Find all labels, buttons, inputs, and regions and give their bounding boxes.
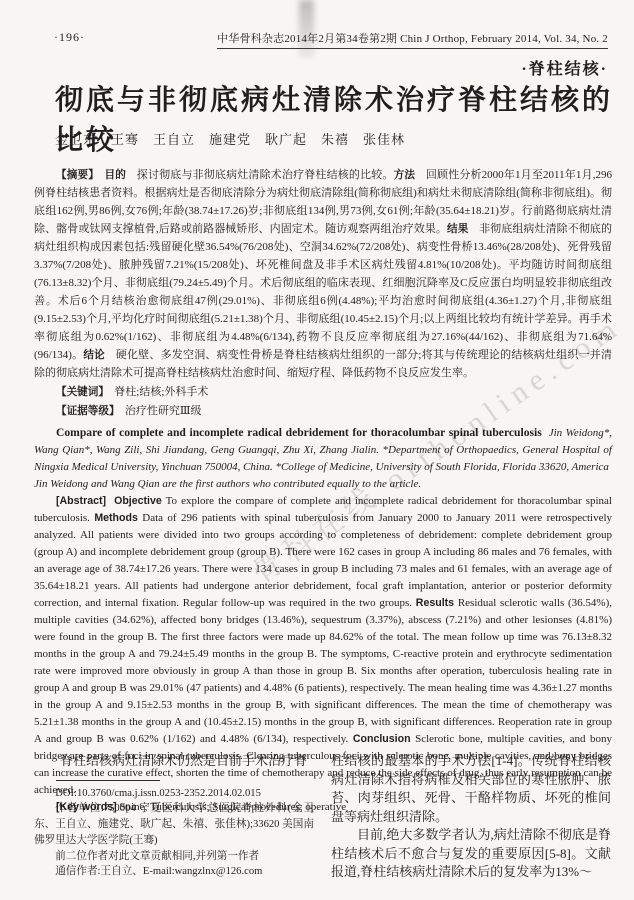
page-number: ·196· [54, 30, 85, 45]
evidence-text: 治疗性研究Ⅲ级 [125, 405, 202, 417]
conclusion-label: 结论 [83, 349, 115, 361]
methods-label: 方法 [394, 169, 426, 181]
results-text: 非彻底组病灶清除不彻底的病灶组织构成因素包括:残留硬化壁36.54%(76/20… [34, 223, 612, 361]
english-title: Compare of complete and incomplete radic… [56, 426, 542, 439]
keywords-line: 【关键词】 脊柱;结核;外科手术 [34, 383, 612, 401]
scanned-journal-page: 骨科在线 orthonline.com ·196· 中华骨科杂志2014年2月第… [0, 0, 634, 900]
body-text-right-para2: 目前,绝大多数学者认为,病灶清除不彻底是脊柱结核术后不愈合与复发的重要原因[5-… [331, 826, 611, 882]
section-label: ·脊柱结核· [521, 56, 608, 79]
results-label: 结果 [447, 223, 479, 235]
evidence-label: 【证据等级】 [56, 405, 125, 417]
evidence-level-line: 【证据等级】 治疗性研究Ⅲ级 [34, 402, 612, 420]
equal-contribution-note: Jin Weidong and Wang Qian are the first … [34, 476, 612, 493]
en-conclusion-label: Conclusion [353, 733, 411, 745]
footnote-divider [56, 780, 160, 781]
affiliation-line: 作者单位:750004 宁夏医科大学总医院脊柱外科(金卫东、王自立、施建党、耿广… [34, 801, 314, 848]
body-columns: 脊柱结核病灶清除术仍然是目前手术治疗脊 DOI:10.3760/cma.j.is… [34, 752, 612, 882]
left-column: 脊柱结核病灶清除术仍然是目前手术治疗脊 DOI:10.3760/cma.j.is… [34, 752, 314, 882]
objective-label: 目的 [105, 169, 137, 181]
chinese-abstract-paragraph: 【摘要】 目的 探讨彻底与非彻底病灶清除术治疗脊柱结核的比较。方法 回顾性分析2… [34, 166, 612, 382]
en-results-label: Results [416, 597, 454, 609]
body-text-right-para1: 柱结核的最基本的手术方法[1-4]。传统脊柱结核病灶清除术指将病椎及相关部位的寒… [331, 752, 611, 826]
english-title-line: Compare of complete and incomplete radic… [34, 424, 612, 476]
en-abstract-label: [Abstract] [56, 495, 106, 507]
contribution-line: 前二位作者对此文章贡献相同,并列第一作者 [34, 849, 314, 865]
en-methods-label: Methods [94, 512, 138, 524]
conclusion-text: 硬化壁、多发空洞、病变性骨桥是脊柱结核病灶组织的一部分;将其与传统理论的结核病灶… [34, 349, 612, 379]
journal-header: 中华骨科杂志2014年2月第34卷第2期 Chin J Orthop, Febr… [217, 30, 608, 49]
right-column: 柱结核的最基本的手术方法[1-4]。传统脊柱结核病灶清除术指将病椎及相关部位的寒… [331, 752, 611, 882]
keywords-label: 【关键词】 [56, 386, 114, 398]
abstract-label: 【摘要】 [56, 169, 105, 181]
doi-line: DOI:10.3760/cma.j.issn.0253-2352.2014.02… [34, 786, 314, 802]
en-methods-text: Data of 296 patients with spinal tubercu… [34, 512, 612, 609]
objective-text: 探讨彻底与非彻底病灶清除术治疗脊柱结核的比较。 [137, 169, 394, 181]
body-text-left: 脊柱结核病灶清除术仍然是目前手术治疗脊 [34, 752, 314, 771]
scan-artifact-streak [299, 0, 314, 58]
chinese-abstract: 【摘要】 目的 探讨彻底与非彻底病灶清除术治疗脊柱结核的比较。方法 回顾性分析2… [34, 166, 612, 420]
en-objective-label: Objective [114, 495, 162, 507]
en-results-text: Residual sclerotic walls (36.54%), multi… [34, 597, 612, 745]
footnote-block: DOI:10.3760/cma.j.issn.0253-2352.2014.02… [34, 786, 314, 881]
keywords-text: 脊柱;结核;外科手术 [114, 386, 208, 398]
correspondence-line: 通信作者:王自立、E-mail:wangzlnx@126.com [34, 864, 314, 880]
author-byline: 金卫东 王骞 王自立 施建党 耿广起 朱禧 张佳林 [55, 129, 405, 148]
